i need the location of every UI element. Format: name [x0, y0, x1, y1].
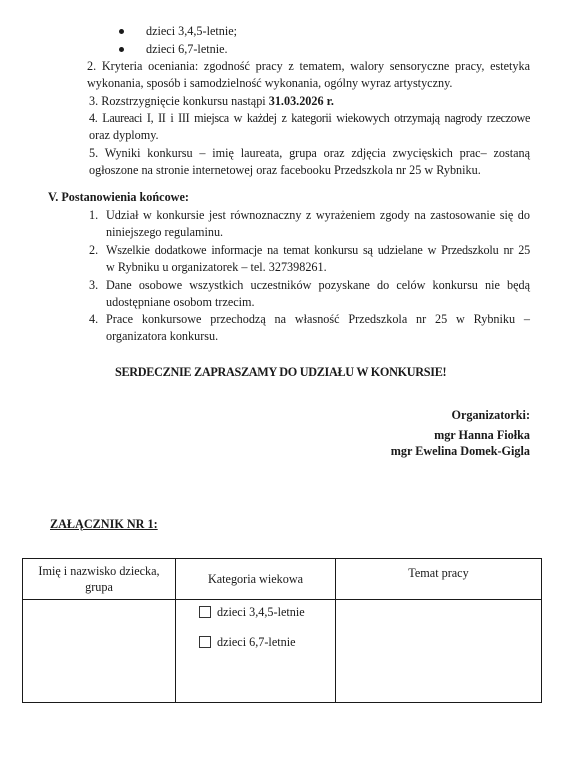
category-option[interactable]: dzieci 6,7-letnie — [176, 634, 335, 650]
invitation-banner: SERDECZNIE ZAPRASZAMY DO UDZIAŁU W KONKU… — [115, 364, 446, 381]
organizer-name: mgr Hanna Fiołka — [434, 427, 530, 444]
provision-4-line-1: Prace konkursowe przechodzą na własność … — [106, 311, 530, 328]
provision-4-number: 4. — [89, 311, 98, 328]
provision-1-line-1: Udział w konkursie jest równoznaczny z w… — [106, 207, 530, 224]
organizers-label: Organizatorki: — [451, 407, 530, 424]
rule-3-suffix: r. — [324, 94, 334, 108]
age-category-item: dzieci 6,7-letnie. — [146, 41, 228, 58]
column-header-age-category: Kategoria wiekowa — [176, 559, 336, 600]
bullet-icon — [119, 29, 124, 34]
attachment-title: ZAŁĄCZNIK NR 1: — [50, 516, 158, 533]
attachment-form-table: Imię i nazwisko dziecka, grupa Kategoria… — [22, 558, 542, 703]
rule-5-line-1: 5. Wyniki konkursu – imię laureata, grup… — [89, 145, 530, 162]
child-name-field[interactable] — [23, 600, 176, 703]
provision-1-line-2: niniejszego regulaminu. — [106, 224, 223, 241]
table-header-row: Imię i nazwisko dziecka, grupa Kategoria… — [23, 559, 542, 600]
rule-2-line-2: wykonania, sposób i samodzielność wykona… — [87, 75, 452, 92]
work-topic-field[interactable] — [336, 600, 542, 703]
rule-4-line-2: oraz dyplomy. — [89, 127, 159, 144]
age-category-cell: dzieci 3,4,5-letnie dzieci 6,7-letnie — [176, 600, 336, 703]
category-option-label: dzieci 3,4,5-letnie — [217, 604, 305, 620]
provision-2-line-2: w Rybniku u organizatorek – tel. 3273982… — [106, 259, 327, 276]
age-category-item: dzieci 3,4,5-letnie; — [146, 23, 237, 40]
column-header-child-name: Imię i nazwisko dziecka, grupa — [23, 559, 176, 600]
provision-1-number: 1. — [89, 207, 98, 224]
column-header-work-topic: Temat pracy — [336, 559, 542, 600]
bullet-icon — [119, 47, 124, 52]
rule-4-line-1: 4. Laureaci I, II i III miejsca w każdej… — [89, 110, 530, 127]
rule-3: 3. Rozstrzygnięcie konkursu nastąpi 31.0… — [89, 93, 334, 110]
organizer-name: mgr Ewelina Domek-Gigla — [391, 443, 530, 460]
provision-3-line-1: Dane osobowe wszystkich uczestników pozy… — [106, 277, 530, 294]
category-option[interactable]: dzieci 3,4,5-letnie — [176, 604, 335, 620]
final-provisions-heading: V. Postanowienia końcowe: — [48, 189, 189, 206]
provision-3-number: 3. — [89, 277, 98, 294]
provision-2-line-1: Wszelkie dodatkowe informacje na temat k… — [106, 242, 530, 259]
provision-2-number: 2. — [89, 242, 98, 259]
result-date: 31.03.2026 — [269, 94, 324, 108]
checkbox-icon[interactable] — [199, 636, 211, 648]
rule-2-line-1: 2. Kryteria oceniania: zgodność pracy z … — [87, 58, 530, 75]
table-row: dzieci 3,4,5-letnie dzieci 6,7-letnie — [23, 600, 542, 703]
rule-3-prefix: 3. Rozstrzygnięcie konkursu nastąpi — [89, 94, 269, 108]
provision-4-line-2: organizatora konkursu. — [106, 328, 218, 345]
checkbox-icon[interactable] — [199, 606, 211, 618]
provision-3-line-2: udostępniane osobom trzecim. — [106, 294, 255, 311]
category-option-label: dzieci 6,7-letnie — [217, 634, 296, 650]
rule-5-line-2: ogłoszone na stronie internetowej oraz f… — [89, 162, 481, 179]
